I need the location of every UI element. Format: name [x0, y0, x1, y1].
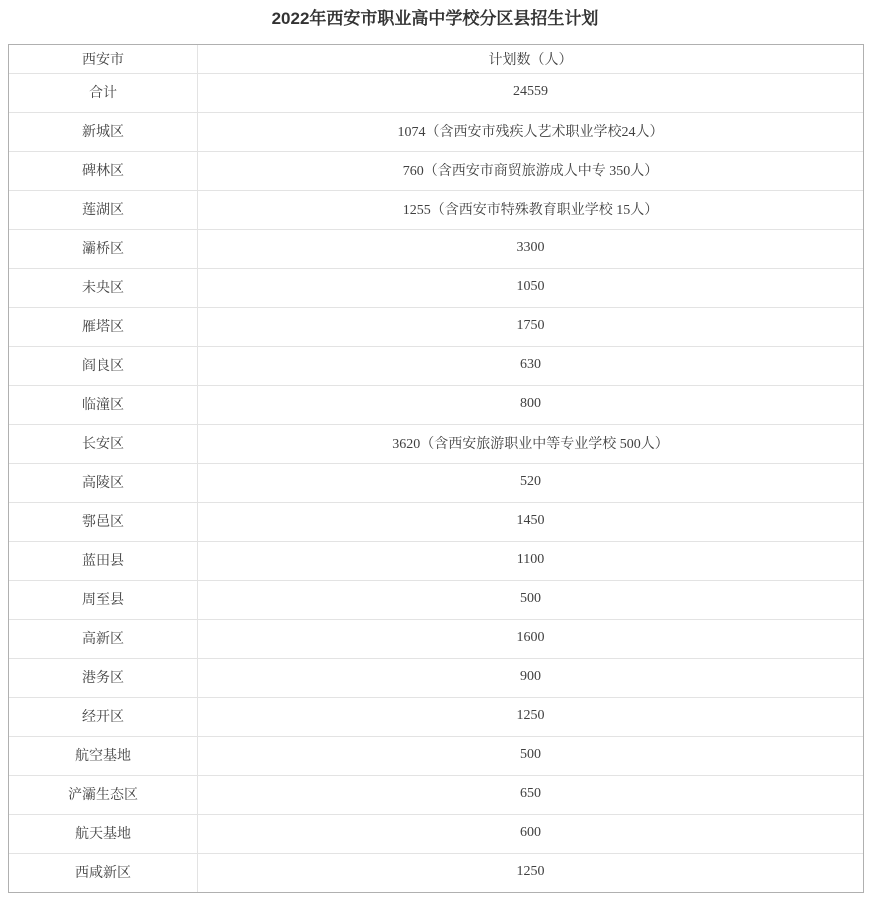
table-row: 浐灞生态区 650 — [9, 776, 863, 815]
plan-cell: 500 — [198, 581, 863, 620]
region-cell: 阎良区 — [9, 347, 198, 386]
table-row: 航空基地 500 — [9, 737, 863, 776]
table-row: 港务区 900 — [9, 659, 863, 698]
region-cell: 碑林区 — [9, 152, 198, 191]
region-cell: 灞桥区 — [9, 230, 198, 269]
plan-cell: 3620（含西安旅游职业中等专业学校 500人） — [198, 425, 863, 464]
region-cell: 高陵区 — [9, 464, 198, 503]
table-row: 新城区 1074（含西安市残疾人艺术职业学校24人） — [9, 113, 863, 152]
plan-cell: 1255（含西安市特殊教育职业学校 15人） — [198, 191, 863, 230]
table-row: 鄠邑区 1450 — [9, 503, 863, 542]
region-cell: 港务区 — [9, 659, 198, 698]
region-cell: 鄠邑区 — [9, 503, 198, 542]
region-cell: 蓝田县 — [9, 542, 198, 581]
table-body: 合计 24559 新城区 1074（含西安市残疾人艺术职业学校24人） 碑林区 … — [9, 74, 863, 892]
table-row: 高陵区 520 — [9, 464, 863, 503]
plan-cell: 760（含西安市商贸旅游成人中专 350人） — [198, 152, 863, 191]
plan-cell: 900 — [198, 659, 863, 698]
table-row: 碑林区 760（含西安市商贸旅游成人中专 350人） — [9, 152, 863, 191]
region-cell: 合计 — [9, 74, 198, 113]
region-cell: 航天基地 — [9, 815, 198, 854]
region-cell: 新城区 — [9, 113, 198, 152]
region-cell: 长安区 — [9, 425, 198, 464]
page-title: 2022年西安市职业高中学校分区县招生计划 — [0, 0, 870, 30]
region-cell: 莲湖区 — [9, 191, 198, 230]
region-cell: 高新区 — [9, 620, 198, 659]
plan-cell: 650 — [198, 776, 863, 815]
table-row: 西咸新区 1250 — [9, 854, 863, 892]
table-row: 长安区 3620（含西安旅游职业中等专业学校 500人） — [9, 425, 863, 464]
plan-cell: 600 — [198, 815, 863, 854]
plan-cell: 1750 — [198, 308, 863, 347]
plan-cell: 1074（含西安市残疾人艺术职业学校24人） — [198, 113, 863, 152]
region-cell: 临潼区 — [9, 386, 198, 425]
plan-cell: 24559 — [198, 74, 863, 113]
plan-cell: 1250 — [198, 698, 863, 737]
region-cell: 未央区 — [9, 269, 198, 308]
table-row: 航天基地 600 — [9, 815, 863, 854]
region-cell: 西咸新区 — [9, 854, 198, 892]
header-cell-plan: 计划数（人） — [198, 45, 863, 74]
plan-cell: 1250 — [198, 854, 863, 892]
table-row: 经开区 1250 — [9, 698, 863, 737]
plan-cell: 1100 — [198, 542, 863, 581]
table-row: 临潼区 800 — [9, 386, 863, 425]
table-header-row: 西安市 计划数（人） — [9, 45, 863, 74]
plan-cell: 630 — [198, 347, 863, 386]
table-row: 阎良区 630 — [9, 347, 863, 386]
enrollment-plan-table: 西安市 计划数（人） 合计 24559 新城区 1074（含西安市残疾人艺术职业… — [8, 44, 864, 893]
plan-cell: 1600 — [198, 620, 863, 659]
table-row: 高新区 1600 — [9, 620, 863, 659]
table-row: 蓝田县 1100 — [9, 542, 863, 581]
table-row: 合计 24559 — [9, 74, 863, 113]
plan-cell: 520 — [198, 464, 863, 503]
header-cell-region: 西安市 — [9, 45, 198, 74]
region-cell: 经开区 — [9, 698, 198, 737]
region-cell: 周至县 — [9, 581, 198, 620]
table-row: 灞桥区 3300 — [9, 230, 863, 269]
plan-cell: 800 — [198, 386, 863, 425]
table-row: 雁塔区 1750 — [9, 308, 863, 347]
region-cell: 浐灞生态区 — [9, 776, 198, 815]
plan-cell: 500 — [198, 737, 863, 776]
table-row: 莲湖区 1255（含西安市特殊教育职业学校 15人） — [9, 191, 863, 230]
table-row: 未央区 1050 — [9, 269, 863, 308]
plan-cell: 1050 — [198, 269, 863, 308]
region-cell: 航空基地 — [9, 737, 198, 776]
plan-cell: 3300 — [198, 230, 863, 269]
region-cell: 雁塔区 — [9, 308, 198, 347]
table-row: 周至县 500 — [9, 581, 863, 620]
plan-cell: 1450 — [198, 503, 863, 542]
